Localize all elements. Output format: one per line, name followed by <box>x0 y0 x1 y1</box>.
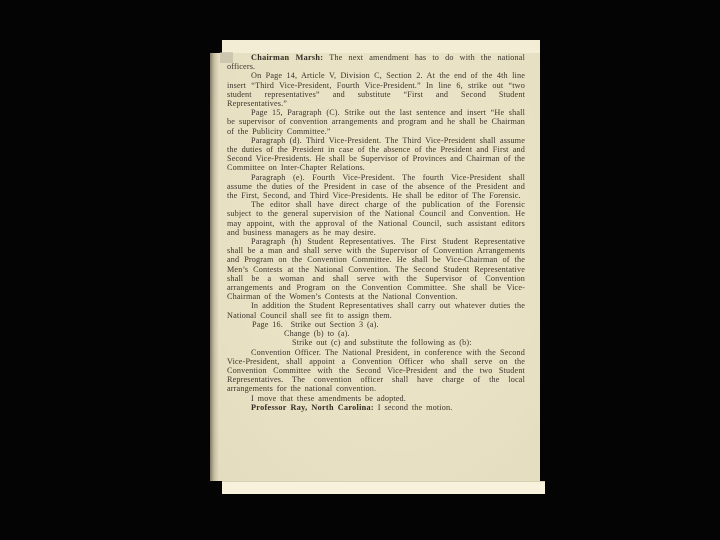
paragraph-in-addition: In addition the Student Representatives … <box>227 301 525 319</box>
paragraph-text: I second the motion. <box>378 403 453 412</box>
line-change-b-to-a: Change (b) to (a). <box>227 329 525 338</box>
page-top-edge <box>222 40 540 53</box>
paragraph-d-third-vice-president: Paragraph (d). Third Vice-President. The… <box>227 136 525 173</box>
paragraph-convention-officer: Convention Officer. The National Preside… <box>227 348 525 394</box>
line-i-move-adoption: I move that these amendments be adopted. <box>227 394 525 403</box>
paragraph-editor-duties: The editor shall have direct charge of t… <box>227 200 525 237</box>
line-page-16-strike-out: Page 16. Strike out Section 3 (a). <box>227 320 525 329</box>
paragraph-page-14-amendment: On Page 14, Article V, Division C, Secti… <box>227 71 525 108</box>
page-bottom-edge <box>222 481 545 494</box>
paragraph-e-fourth-vice-president: Paragraph (e). Fourth Vice-President. Th… <box>227 173 525 201</box>
scanned-page: Chairman Marsh: The next amendment has t… <box>210 40 540 493</box>
speaker-chairman-marsh: Chairman Marsh: <box>251 53 323 62</box>
paragraph-professor-ray: Professor Ray, North Carolina: I second … <box>227 403 525 412</box>
paragraph-chairman-marsh: Chairman Marsh: The next amendment has t… <box>227 53 525 71</box>
photo-background: Chairman Marsh: The next amendment has t… <box>0 0 720 540</box>
line-strike-out-c: Strike out (c) and substitute the follow… <box>227 338 525 347</box>
page-text-block: Chairman Marsh: The next amendment has t… <box>227 53 525 412</box>
paragraph-page-15-c: Page 15, Paragraph (C). Strike out the l… <box>227 108 525 136</box>
paragraph-h-student-representatives: Paragraph (h) Student Representatives. T… <box>227 237 525 301</box>
speaker-professor-ray: Professor Ray, North Carolina: <box>251 403 374 412</box>
